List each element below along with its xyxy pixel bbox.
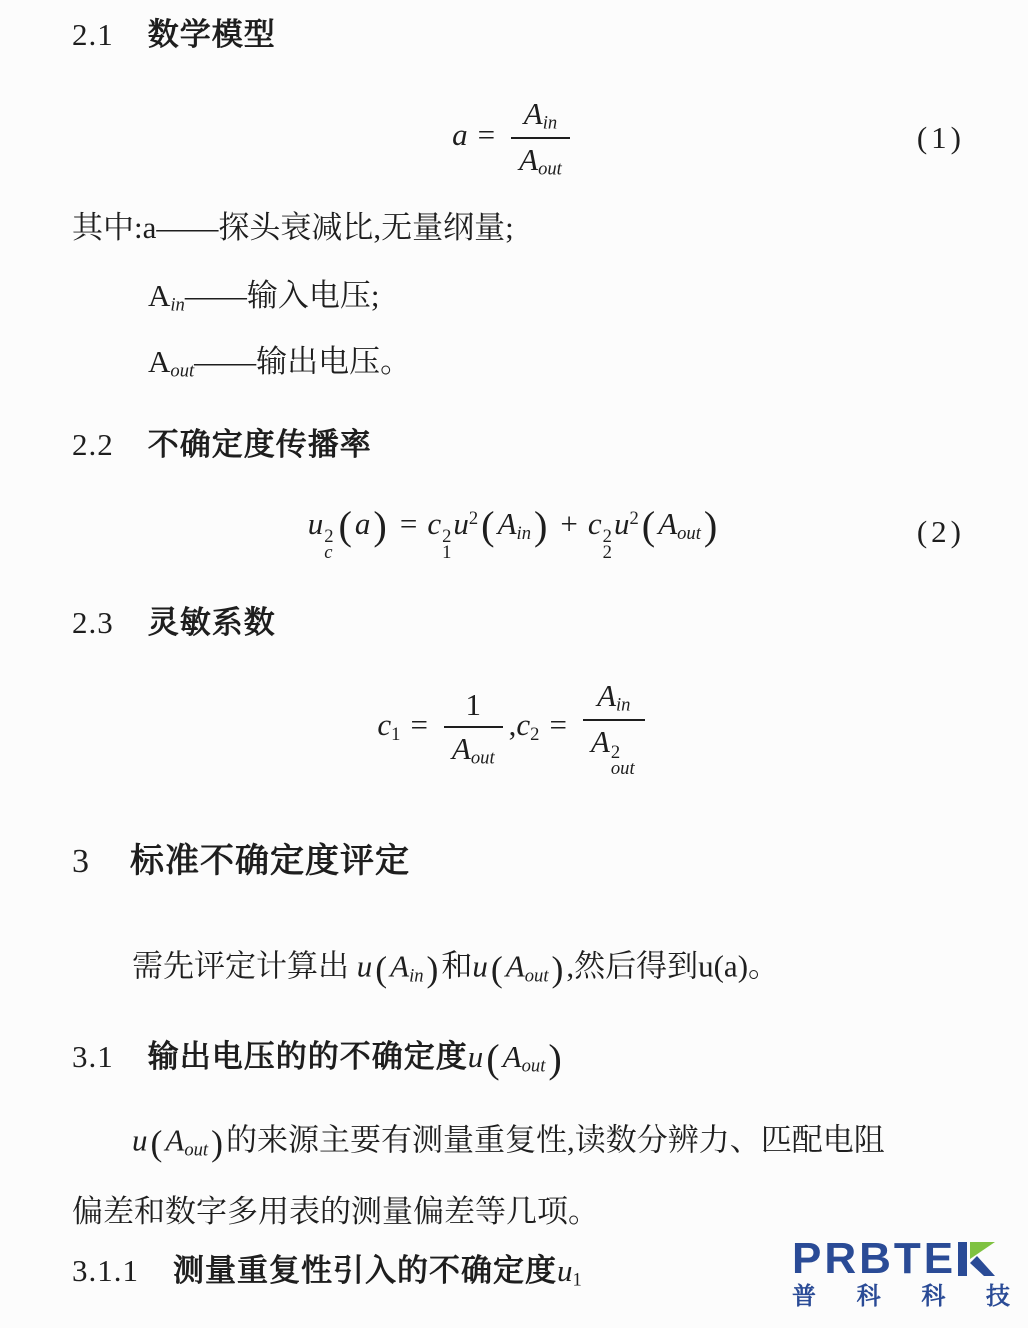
s31-u: u [468,1039,484,1074]
section-title-2-3: 灵敏系数 [148,605,276,640]
equation-3: c1= 1 Aout ,c2= Ain A2out [0,672,1028,784]
section-heading-2-3: 2.3灵敏系数 [72,604,276,643]
p3-m1-base: A [390,949,409,984]
equation-1-expression: a= Ain Aout [452,96,576,180]
paragraph-section-3: 需先评定计算出 u(Ain)和u(Aout),然后得到u(a)。 [132,946,779,992]
where-line-3: Aout——输出电压。 [148,342,411,384]
eq2-u: u [308,506,324,541]
eq2-equals: = [390,506,427,541]
where-var-ain-sub: in [170,295,184,316]
where-dash-1: —— [156,210,218,245]
eq3-fraction-2: Ain A2out [583,678,645,778]
eq1-lhs: a [452,117,468,152]
eq3-f2-den-supsub: 2out [611,745,635,778]
eq2-paren-1: ( [335,503,354,548]
p3-m2-paren-1: ( [488,949,506,989]
p31-text-2: 偏差和数字多用表的测量偏差等几项。 [72,1194,599,1229]
p31-paren-2: ) [208,1123,226,1163]
eq2-u2: u [453,506,469,541]
p3-m1-paren-1: ( [372,949,390,989]
section-number-2-3: 2.3 [72,605,114,640]
section-number-3-1: 3.1 [72,1039,114,1074]
eq2-a: a [355,506,371,541]
p31-text-1: 的来源主要有测量重复性,读数分辨力、匹配电阻 [226,1123,885,1158]
prbtek-cn-char-1: 普 [792,1285,816,1309]
eq2-c2: c [588,506,602,541]
eq3-c2: c [516,707,530,742]
section-number-2-1: 2.1 [72,17,114,52]
where-dash-3: —— [194,344,256,379]
eq1-denominator: Aout [511,137,570,180]
prbtek-chinese-name: 普 科 科 技 [792,1285,1010,1309]
s311-var: u [557,1253,573,1288]
eq3-f2-den-sub: out [611,761,635,778]
eq3-f2-numerator: Ain [589,678,638,719]
eq2-A2-sub: out [677,523,701,544]
p31-base: A [165,1123,184,1158]
p31-u: u [132,1123,148,1158]
section-number-3-1-1: 3.1.1 [72,1253,139,1288]
section-title-2-2: 不确定度传播率 [148,427,372,462]
p3-m2-base: A [506,949,525,984]
section-heading-2-1: 2.1数学模型 [72,16,276,55]
s31-base: A [503,1039,522,1074]
section-title-3-1-1: 测量重复性引入的不确定度 [173,1253,557,1288]
section-title-3: 标准不确定度评定 [130,842,410,880]
eq3-c1: c [377,707,391,742]
eq2-paren-3: ( [478,503,497,548]
eq2-paren-2: ) [370,503,389,548]
p3-m1-sub: in [409,965,423,986]
section-heading-2-2: 2.2不确定度传播率 [72,426,372,465]
eq2-A1-sub: in [517,523,531,544]
where-var-aout: A [148,344,170,379]
eq2-u2-sup: 2 [469,508,478,529]
p31-paren-1: ( [148,1123,166,1163]
p3-m2-u: u [472,949,488,984]
where-text-1: 探头衰减比,无量纲量; [218,210,513,245]
s31-paren-1: ( [483,1036,502,1081]
p3-m1-u: u [357,949,373,984]
eq3-f1-numerator: 1 [458,687,490,726]
eq3-fraction-1: 1 Aout [444,687,503,769]
section-heading-3-1: 3.1输出电压的的不确定度u(Aout) [72,1034,565,1084]
eq3-equals-2: = [539,707,576,742]
prbtek-cn-char-4: 技 [986,1285,1010,1309]
eq2-plus: + [550,506,587,541]
eq2-u3: u [614,506,630,541]
eq2-c2-sub: 2 [603,545,612,562]
eq2-A2: A [658,506,677,541]
eq3-f2-num-base: A [597,678,616,713]
equation-3-expression: c1= 1 Aout ,c2= Ain A2out [377,678,650,778]
equation-2-number: (2) [917,514,965,550]
section-heading-3-1-1: 3.1.1测量重复性引入的不确定度u1 [72,1252,582,1292]
eq2-c2-supsub: 22 [603,529,612,562]
p31-sub: out [184,1139,208,1160]
where-prefix: 其中: [72,210,143,245]
eq2-u3-sup: 2 [629,508,638,529]
eq3-f2-den-base: A [591,724,610,759]
where-var-a: a [143,210,157,245]
section-title-3-1: 输出电压的的不确定度 [148,1039,468,1074]
eq3-equals-1: = [400,707,437,742]
p3-text-1: 需先评定计算出 [132,949,357,984]
where-var-ain: A [148,278,170,313]
equation-1: a= Ain Aout (1) [0,94,1028,182]
section-number-3: 3 [72,843,90,880]
section-title-2-1: 数学模型 [148,17,276,52]
equation-2-expression: u2c(a)=c21u2(Ain)+c22u2(Aout) [308,502,721,562]
paragraph-3-1-line-1: u(Aout)的来源主要有测量重复性,读数分辨力、匹配电阻 [132,1120,885,1166]
eq3-f2-denominator: A2out [583,719,645,778]
eq2-paren-6: ) [701,503,720,548]
where-line-2: Ain——输入电压; [148,276,379,318]
eq2-u-supsub: 2c [324,529,333,562]
eq1-den-base: A [519,142,538,177]
eq2-c1: c [427,506,441,541]
p3-text-2: 和 [441,949,472,984]
where-line-1: 其中:a——探头衰减比,无量纲量; [72,208,514,248]
equation-1-number: (1) [917,120,965,156]
eq1-fraction: Ain Aout [511,96,570,180]
eq2-paren-5: ( [639,503,658,548]
prbtek-cn-char-2: 科 [857,1285,881,1309]
eq2-paren-4: ) [531,503,550,548]
eq3-f1-den-sub: out [471,747,495,768]
paragraph-3-1-line-2: 偏差和数字多用表的测量偏差等几项。 [72,1192,599,1232]
p3-text-3: ,然后得到u(a)。 [566,949,779,984]
eq2-c1-supsub: 21 [442,529,451,562]
eq3-f1-num: 1 [466,687,482,722]
eq3-f1-denominator: Aout [444,726,503,769]
eq1-numerator: Ain [516,96,565,137]
where-text-2: 输入电压; [247,278,380,313]
p3-m2-paren-2: ) [548,949,566,989]
eq3-f1-den-base: A [452,731,471,766]
prbtek-wordmark: PRBTE [792,1242,1010,1276]
where-text-3: 输出电压。 [256,344,411,379]
p3-m1-paren-2: ) [424,949,442,989]
eq1-num-base: A [524,96,543,131]
prbtek-cn-char-3: 科 [921,1285,945,1309]
eq1-equals: = [468,117,505,152]
prbtek-k-icon [958,1242,995,1276]
p3-m2-sub: out [525,965,549,986]
s311-var-sub: 1 [573,1270,582,1291]
where-dash-2: —— [185,278,247,313]
s31-sub: out [522,1056,546,1077]
document-page: 2.1数学模型 a= Ain Aout (1) 其中:a——探头衰减比,无量纲量… [0,0,1028,1328]
where-var-aout-sub: out [170,361,194,382]
eq2-u-sub: c [324,545,332,562]
eq2-c1-sub: 1 [442,545,451,562]
prbtek-letters: PRBTE [792,1242,956,1276]
eq3-f2-num-sub: in [616,695,630,716]
eq1-den-sub: out [538,159,562,180]
s31-paren-2: ) [545,1036,564,1081]
section-heading-3: 3标准不确定度评定 [72,840,410,884]
section-number-2-2: 2.2 [72,427,114,462]
equation-2: u2c(a)=c21u2(Ain)+c22u2(Aout) (2) [0,500,1028,564]
s31-math: u(Aout) [468,1039,565,1074]
prbtek-logo: PRBTE 普 科 科 技 [792,1242,1010,1309]
eq1-num-sub: in [543,113,557,134]
eq2-A1: A [498,506,517,541]
s311-math: u1 [557,1253,582,1288]
